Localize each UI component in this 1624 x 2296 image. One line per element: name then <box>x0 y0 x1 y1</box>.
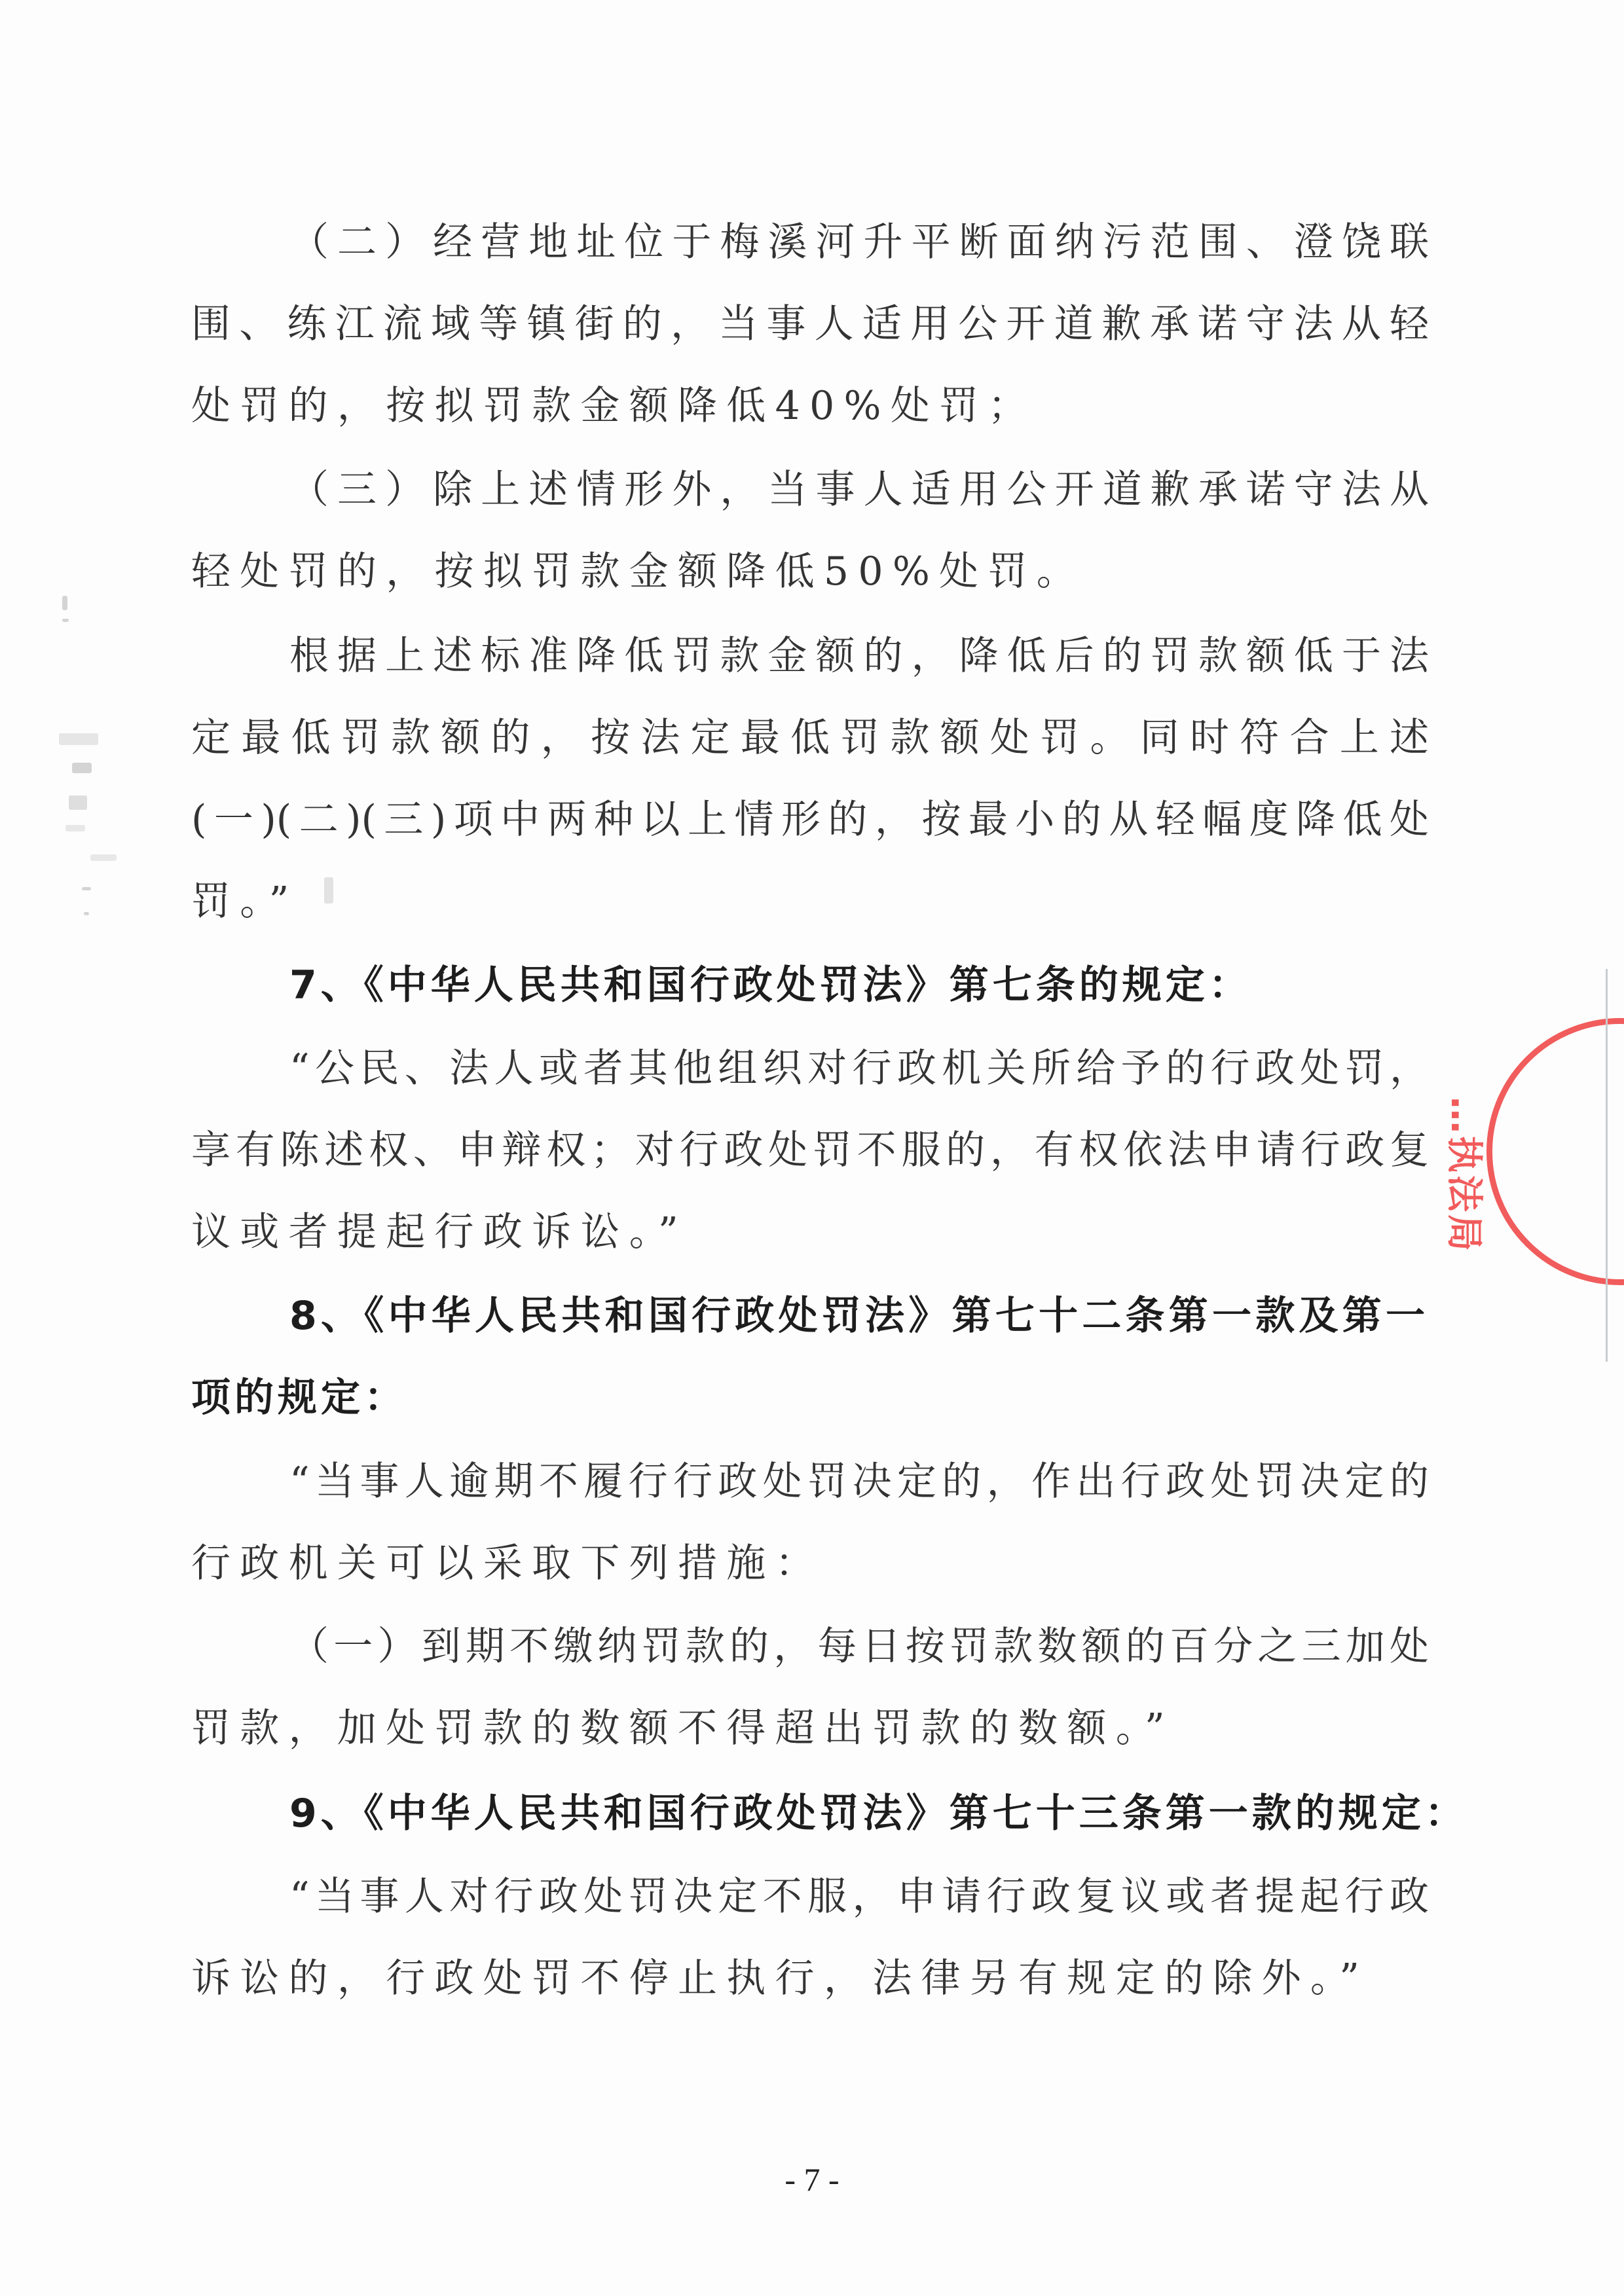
seal-text: …执法局 <box>1441 1097 1493 1254</box>
paragraph-reduction-line-1: 根据上述标准降低罚款金额的，降低后的罚款额低于法 <box>289 630 1429 682</box>
scan-speck <box>59 733 98 745</box>
document-page: （二）经营地址位于梅溪河升平断面纳污范围、澄饶联 围、练江流域等镇街的，当事人适… <box>0 0 1624 2296</box>
paragraph-item-2-line-2: 围、练江流域等镇街的，当事人适用公开道歉承诺守法从轻 <box>191 298 1429 350</box>
scan-speck <box>84 912 89 915</box>
scan-speck <box>62 619 69 622</box>
quote-article-73-line-1: “当事人对行政处罚决定不服，申请行政复议或者提起行政 <box>289 1870 1429 1923</box>
scan-speck <box>90 854 117 861</box>
heading-article-72-line-2: 项的规定： <box>191 1372 407 1424</box>
scan-speck <box>82 887 91 890</box>
quote-article-72-item-1-line-2: 罚款，加处罚款的数额不得超出罚款的数额。” <box>191 1702 1174 1755</box>
seal-ring-icon <box>1486 1018 1624 1285</box>
scan-speck <box>65 825 85 831</box>
paragraph-reduction-line-3: (一)(二)(三)项中两种以上情形的，按最小的从轻幅度降低处 <box>191 793 1429 846</box>
paragraph-item-3-line-1: （三）除上述情形外，当事人适用公开道歉承诺守法从 <box>289 464 1429 516</box>
quote-article-7-line-1: “公民、法人或者其他组织对行政机关所给予的行政处罚， <box>289 1042 1429 1095</box>
quote-article-72-item-1-line-1: （一）到期不缴纳罚款的，每日按罚款数额的百分之三加处 <box>289 1620 1429 1673</box>
scan-speck <box>72 763 92 773</box>
heading-article-73: 9、《中华人民共和国行政处罚法》第七十三条第一款的规定： <box>289 1787 1429 1840</box>
paragraph-item-3-line-2: 轻处罚的，按拟罚款金额降低50%处罚。 <box>191 545 1085 598</box>
scan-speck <box>62 596 67 610</box>
quote-article-72-line-2: 行政机关可以采取下列措施： <box>191 1537 824 1590</box>
scan-edge-line <box>1606 969 1608 1362</box>
heading-article-7: 7、《中华人民共和国行政处罚法》第七条的规定： <box>289 959 1252 1011</box>
paragraph-item-2-line-3: 处罚的，按拟罚款金额降低40%处罚； <box>191 380 1037 432</box>
official-seal: …执法局 <box>1486 1018 1624 1293</box>
scan-speck <box>324 877 333 903</box>
paragraph-item-2-line-1: （二）经营地址位于梅溪河升平断面纳污范围、澄饶联 <box>289 216 1429 268</box>
quote-article-7-line-3: 议或者提起行政诉讼。” <box>191 1206 688 1258</box>
quote-article-72-line-1: “当事人逾期不履行行政处罚决定的，作出行政处罚决定的 <box>289 1455 1429 1508</box>
paragraph-reduction-line-2: 定最低罚款额的，按法定最低罚款额处罚。同时符合上述 <box>191 712 1429 764</box>
paragraph-reduction-line-4: 罚。” <box>191 875 299 928</box>
heading-article-72-line-1: 8、《中华人民共和国行政处罚法》第七十二条第一款及第一 <box>289 1290 1429 1342</box>
quote-article-7-line-2: 享有陈述权、申辩权；对行政处罚不服的，有权依法申请行政复 <box>191 1124 1429 1176</box>
quote-article-73-line-2: 诉讼的，行政处罚不停止执行，法律另有规定的除外。” <box>191 1952 1369 2005</box>
scan-speck <box>69 795 87 810</box>
page-number: - 7 - <box>0 2160 1624 2198</box>
